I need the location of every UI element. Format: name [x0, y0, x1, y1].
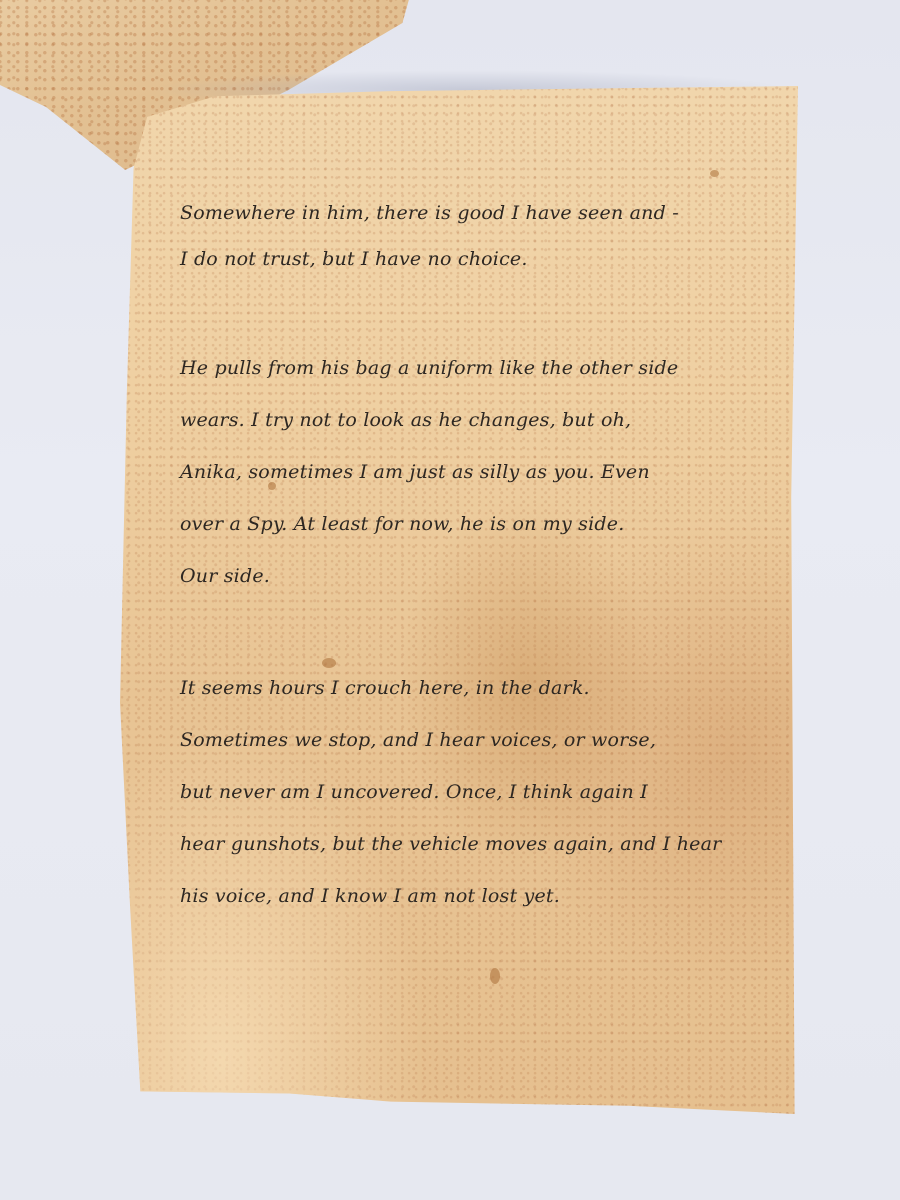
letter-line: I do not trust, but I have no choice.: [180, 236, 740, 282]
letter-line: wears. I try not to look as he changes, …: [180, 394, 740, 446]
paragraph-3: It seems hours I crouch here, in the dar…: [180, 662, 740, 922]
letter-line: Somewhere in him, there is good I have s…: [180, 190, 740, 236]
paragraph-1: Somewhere in him, there is good I have s…: [180, 190, 740, 282]
letter-line: Our side.: [180, 550, 740, 602]
letter-body: Somewhere in him, there is good I have s…: [180, 190, 740, 982]
letter-line: over a Spy. At least for now, he is on m…: [180, 498, 740, 550]
letter-line: He pulls from his bag a uniform like the…: [180, 342, 740, 394]
letter-line: Anika, sometimes I am just as silly as y…: [180, 446, 740, 498]
letter-line: but never am I uncovered. Once, I think …: [180, 766, 740, 818]
letter-line: It seems hours I crouch here, in the dar…: [180, 662, 740, 714]
letter-line: his voice, and I know I am not lost yet.: [180, 870, 740, 922]
stain-spot: [710, 170, 719, 177]
letter-line: Sometimes we stop, and I hear voices, or…: [180, 714, 740, 766]
letter-line: hear gunshots, but the vehicle moves aga…: [180, 818, 740, 870]
paragraph-2: He pulls from his bag a uniform like the…: [180, 342, 740, 602]
